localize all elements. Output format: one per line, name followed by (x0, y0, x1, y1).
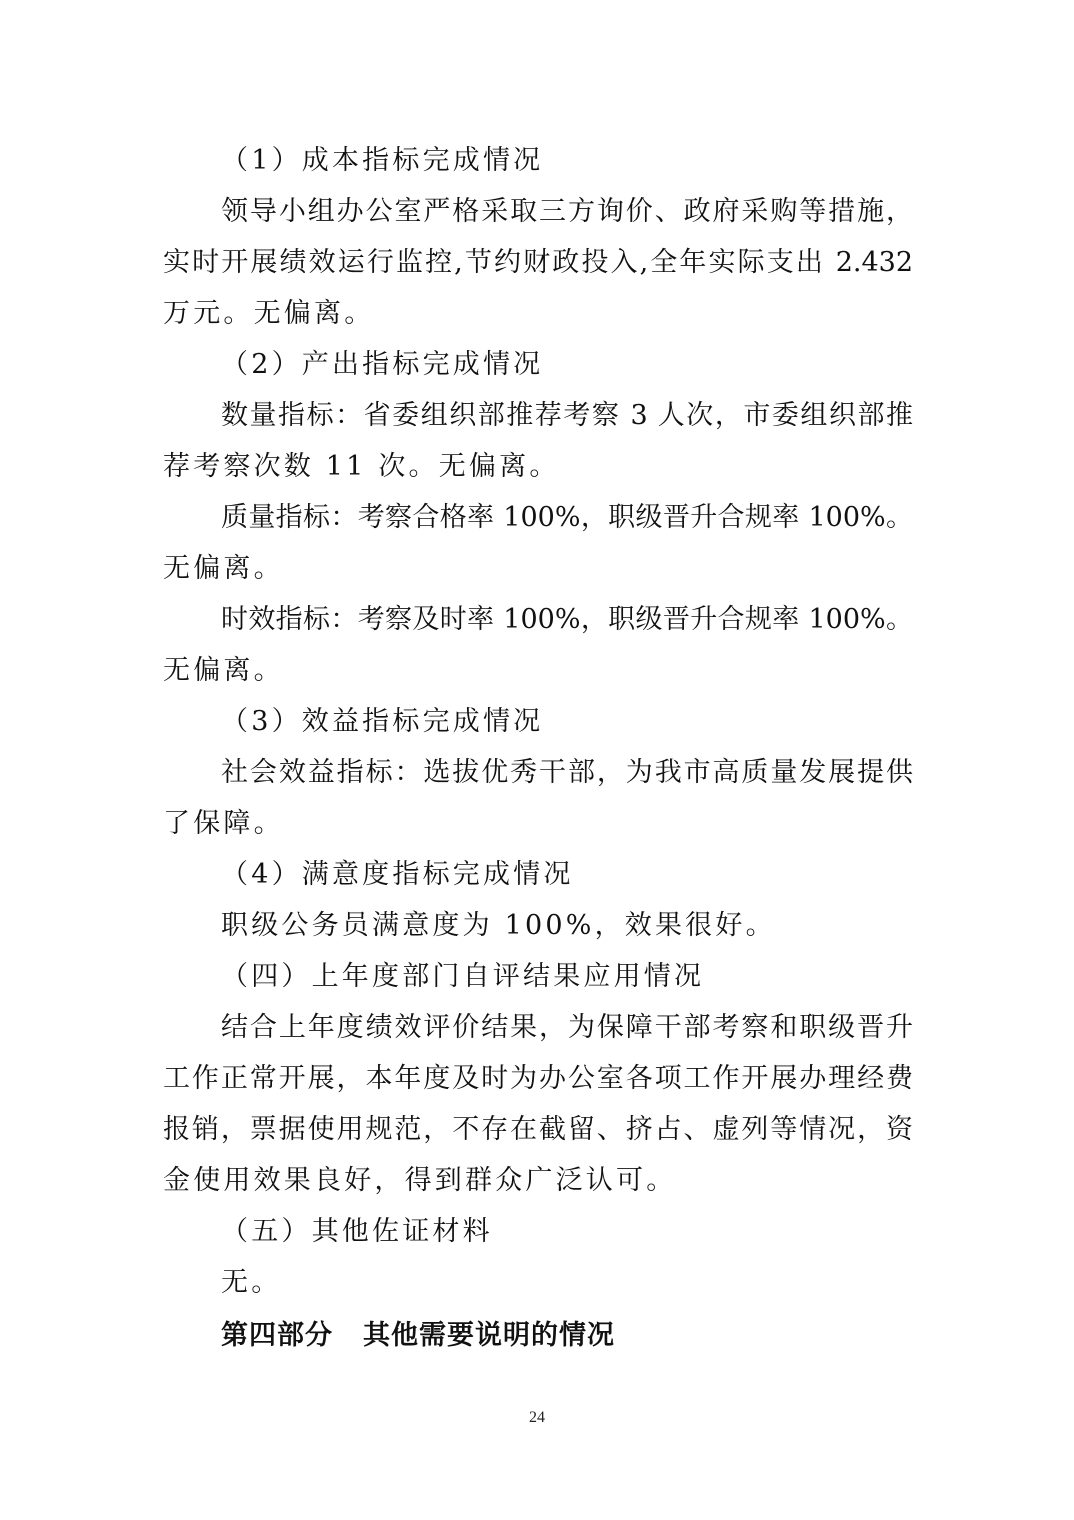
paragraph-line: 了保障。 (163, 798, 913, 849)
document-page: （1）成本指标完成情况 领导小组办公室严格采取三方询价、政府采购等措施， 实时开… (0, 0, 1074, 1520)
paragraph-line: 数量指标：省委组织部推荐考察 3 人次，市委组织部推 (163, 390, 913, 441)
paragraph-line: 万元。无偏离。 (163, 288, 913, 339)
section-title-self-evaluation: （四）上年度部门自评结果应用情况 (163, 951, 913, 1002)
subsection-title-output: （2）产出指标完成情况 (163, 339, 913, 390)
paragraph-line: 无偏离。 (163, 543, 913, 594)
part-heading-label: 第四部分 (221, 1320, 333, 1351)
paragraph-line: 荐考察次数 11 次。无偏离。 (163, 441, 913, 492)
subsection-title-benefit: （3）效益指标完成情况 (163, 696, 913, 747)
paragraph-line: 职级公务员满意度为 100%，效果很好。 (163, 900, 913, 951)
paragraph-line: 金使用效果良好，得到群众广泛认可。 (163, 1155, 913, 1206)
page-number: 24 (0, 1409, 1074, 1427)
paragraph-line: 无偏离。 (163, 645, 913, 696)
section-title-supporting-materials: （五）其他佐证材料 (163, 1206, 913, 1257)
paragraph-line: 社会效益指标：选拔优秀干部，为我市高质量发展提供 (163, 747, 913, 798)
subsection-title-cost: （1）成本指标完成情况 (163, 135, 913, 186)
document-body: （1）成本指标完成情况 领导小组办公室严格采取三方询价、政府采购等措施， 实时开… (163, 135, 913, 1364)
paragraph-line: 实时开展绩效运行监控,节约财政投入,全年实际支出 2.432 (163, 237, 913, 288)
paragraph-line: 无。 (163, 1257, 913, 1308)
paragraph-line: 结合上年度绩效评价结果，为保障干部考察和职级晋升 (163, 1002, 913, 1053)
paragraph-line: 领导小组办公室严格采取三方询价、政府采购等措施， (163, 186, 913, 237)
paragraph-line: 报销，票据使用规范，不存在截留、挤占、虚列等情况，资 (163, 1104, 913, 1155)
part-heading: 第四部分其他需要说明的情况 (163, 1308, 913, 1364)
paragraph-line: 质量指标：考察合格率 100%，职级晋升合规率 100%。 (163, 492, 913, 543)
paragraph-line: 时效指标：考察及时率 100%，职级晋升合规率 100%。 (163, 594, 913, 645)
subsection-title-satisfaction: （4）满意度指标完成情况 (163, 849, 913, 900)
part-heading-title: 其他需要说明的情况 (363, 1320, 615, 1351)
paragraph-line: 工作正常开展，本年度及时为办公室各项工作开展办理经费 (163, 1053, 913, 1104)
